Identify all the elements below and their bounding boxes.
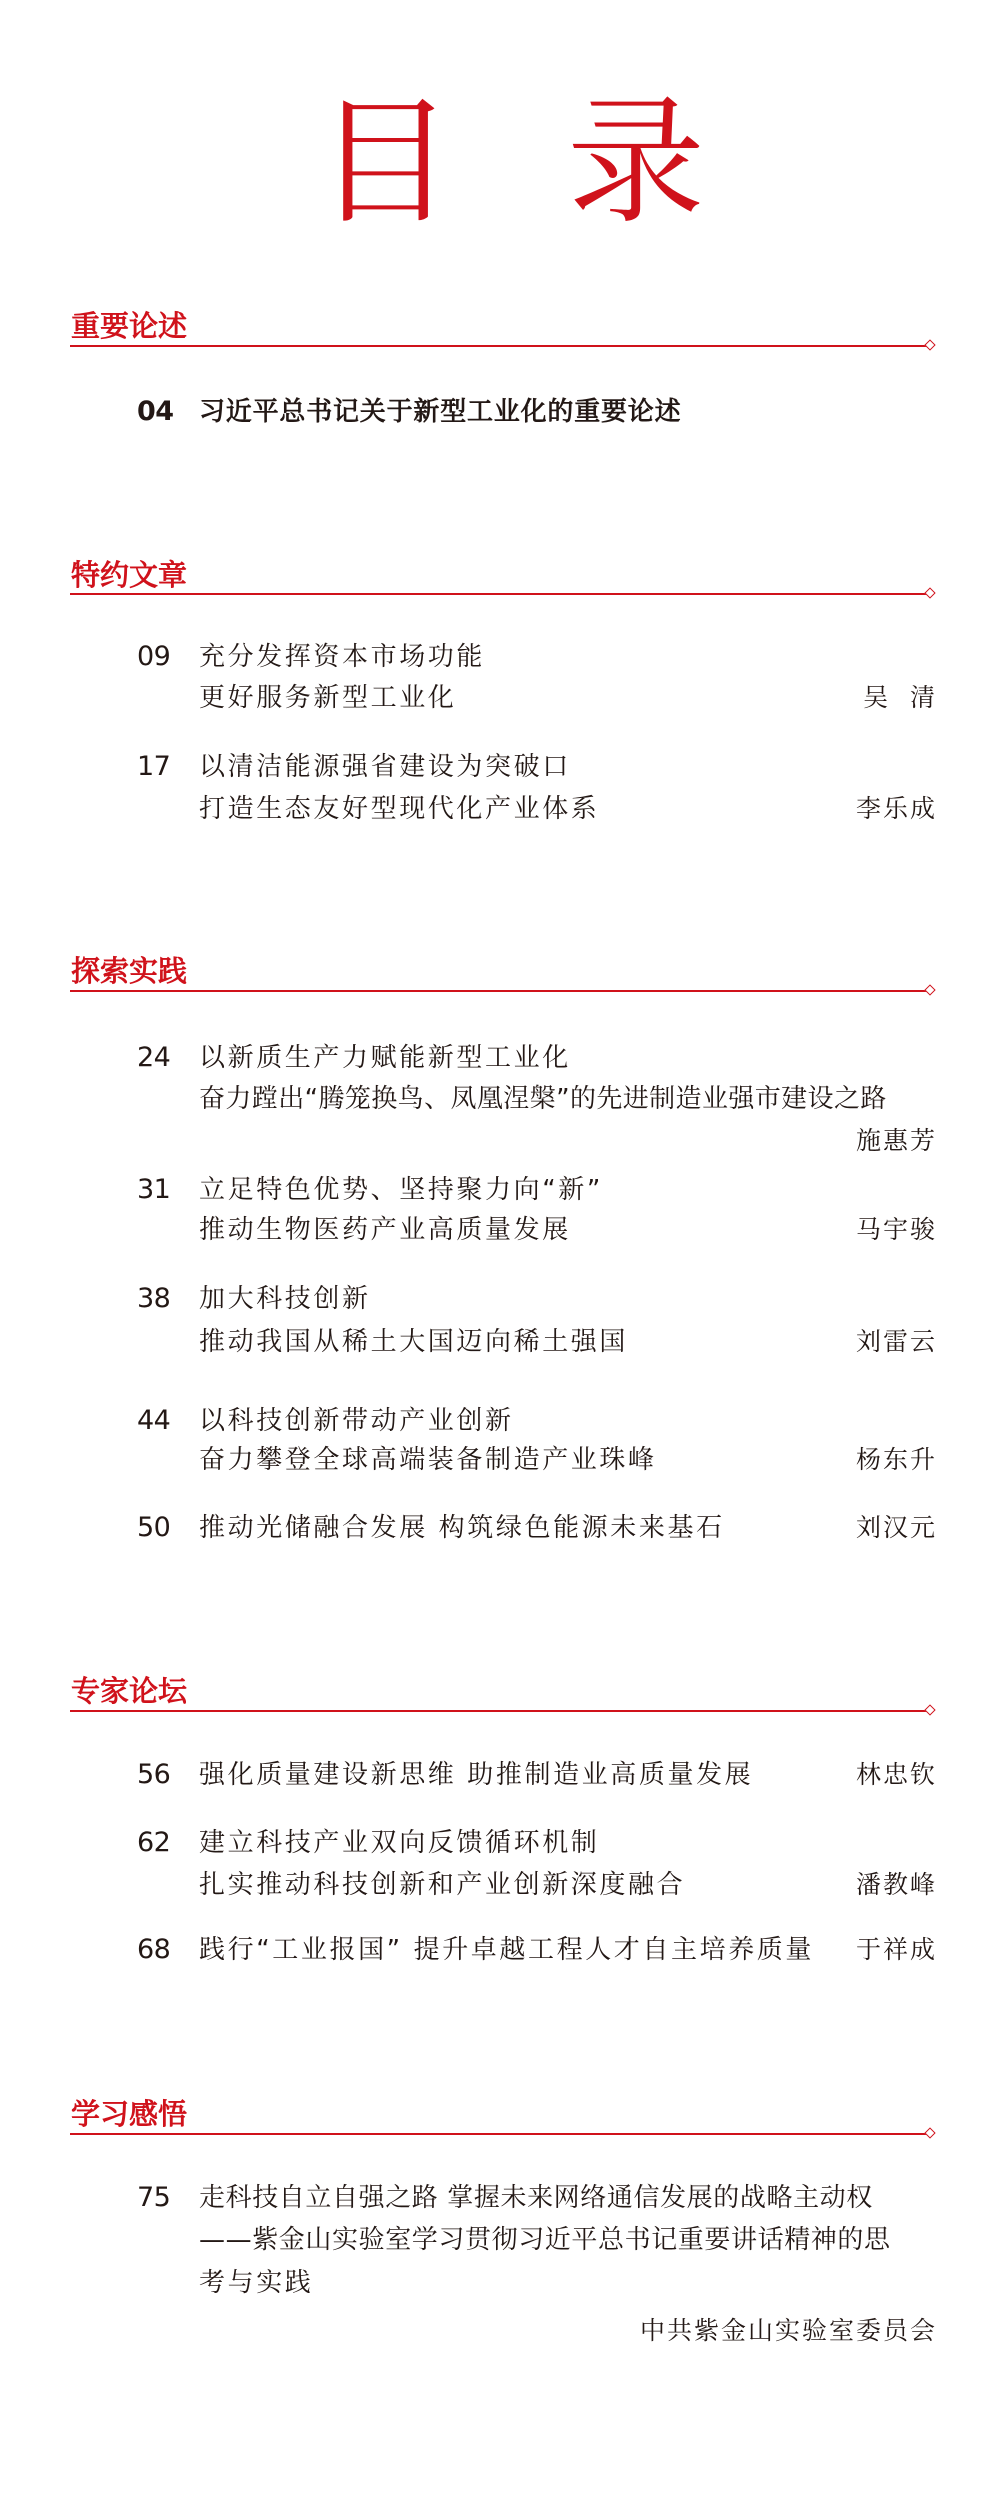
page-number: 75 xyxy=(137,2183,170,2213)
page-number: 24 xyxy=(137,1043,170,1073)
section-heading: 重要论述 xyxy=(71,310,187,342)
entry-author: 吴 清 xyxy=(863,683,937,713)
diamond-icon xyxy=(924,1704,935,1715)
entry-title-line[interactable]: 建立科技产业双向反馈循环机制 xyxy=(199,1828,599,1858)
entry-author: 林忠钦 xyxy=(856,1760,937,1790)
entry-author: 施惠芳 xyxy=(856,1126,937,1156)
page-number: 50 xyxy=(137,1513,170,1543)
entry-title-line[interactable]: 以科技创新带动产业创新 xyxy=(199,1406,514,1436)
entry-title-line[interactable]: 推动我国从稀土大国迈向稀土强国 xyxy=(199,1327,628,1357)
page-number: 38 xyxy=(137,1284,170,1314)
page-number: 09 xyxy=(137,642,170,672)
entry-title-line[interactable]: 奋力攀登全球高端装备制造产业珠峰 xyxy=(199,1445,657,1475)
entry-author: 马宇骏 xyxy=(856,1215,937,1245)
entry-author: 李乐成 xyxy=(856,794,937,824)
entry-title-line[interactable]: 以清洁能源强省建设为突破口 xyxy=(199,752,571,782)
entry-title-line[interactable]: 推动生物医药产业高质量发展 xyxy=(199,1215,571,1245)
entry-title-line[interactable]: ——紫金山实验室学习贯彻习近平总书记重要讲话精神的思 xyxy=(199,2225,891,2255)
entry-title-line[interactable]: 考与实践 xyxy=(199,2268,313,2298)
entry-title-line[interactable]: 走科技自立自强之路 掌握未来网络通信发展的战略主动权 xyxy=(199,2183,873,2213)
page-number: 62 xyxy=(137,1828,170,1858)
diamond-icon xyxy=(924,984,935,995)
page-number: 04 xyxy=(137,397,174,427)
entry-title-line[interactable]: 充分发挥资本市场功能 xyxy=(199,642,485,672)
section-heading: 学习感悟 xyxy=(71,2098,187,2130)
section-divider xyxy=(70,2133,928,2135)
entry-title-line[interactable]: 立足特色优势、坚持聚力向“新” xyxy=(199,1175,603,1205)
entry-title-line[interactable]: 更好服务新型工业化 xyxy=(199,683,456,713)
entry-title-line[interactable]: 扎实推动科技创新和产业创新深度融合 xyxy=(199,1870,685,1900)
section-divider xyxy=(70,593,928,595)
page-number: 17 xyxy=(137,752,170,782)
section-divider xyxy=(70,1710,928,1712)
entry-title-line[interactable]: 以新质生产力赋能新型工业化 xyxy=(199,1043,571,1073)
title-char-mu: 目 xyxy=(316,88,454,238)
entry-title-line[interactable]: 加大科技创新 xyxy=(199,1284,371,1314)
page-number: 31 xyxy=(137,1175,170,1205)
diamond-icon xyxy=(924,587,935,598)
entry-author: 刘雷云 xyxy=(856,1327,937,1357)
entry-title-line[interactable]: 习近平总书记关于新型工业化的重要论述 xyxy=(199,397,681,427)
entry-author: 潘教峰 xyxy=(856,1870,937,1900)
section-heading: 专家论坛 xyxy=(71,1675,187,1707)
section-divider xyxy=(70,990,928,992)
entry-author: 杨东升 xyxy=(856,1445,937,1475)
page-number: 56 xyxy=(137,1760,170,1790)
entry-title-line[interactable]: 打造生态友好型现代化产业体系 xyxy=(199,794,599,824)
entry-author: 刘汉元 xyxy=(856,1513,937,1543)
entry-title-line[interactable]: 奋力蹚出“腾笼换鸟、凤凰涅槃”的先进制造业强市建设之路 xyxy=(199,1084,887,1114)
page-number: 44 xyxy=(137,1406,170,1436)
section-divider xyxy=(70,345,928,347)
entry-author: 中共紫金山实验室委员会 xyxy=(640,2316,937,2346)
section-heading: 探索实践 xyxy=(71,955,187,987)
entry-author: 于祥成 xyxy=(856,1935,937,1965)
page-number: 68 xyxy=(137,1935,170,1965)
entry-title-line[interactable]: 践行“工业报国” 提升卓越工程人才自主培养质量 xyxy=(199,1935,814,1965)
entry-title-line[interactable]: 强化质量建设新思维 助推制造业高质量发展 xyxy=(199,1760,753,1790)
diamond-icon xyxy=(924,2127,935,2138)
section-heading: 特约文章 xyxy=(71,559,187,591)
diamond-icon xyxy=(924,339,935,350)
entry-title-line[interactable]: 推动光储融合发展 构筑绿色能源未来基石 xyxy=(199,1513,725,1543)
title-char-lu: 录 xyxy=(567,88,705,238)
